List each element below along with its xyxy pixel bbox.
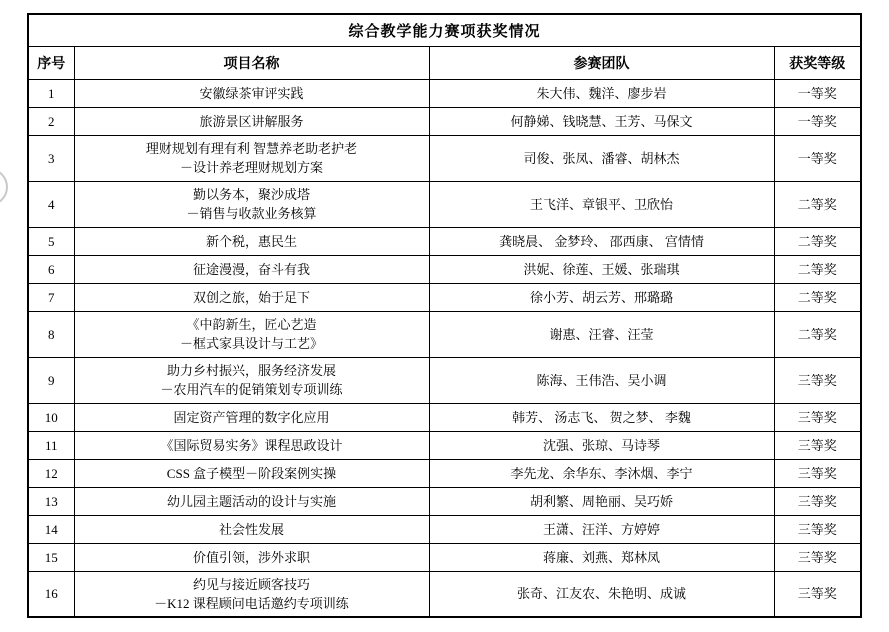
table-title-row: 综合教学能力赛项获奖情况 <box>28 14 861 46</box>
table-row: 13幼儿园主题活动的设计与实施胡利繁、周艳丽、吴巧娇三等奖 <box>28 487 861 515</box>
table-row: 5新个税，惠民生龚晓晨、 金梦玲、 邵西康、 宫情情二等奖 <box>28 227 861 255</box>
row-number-cell: 4 <box>28 181 74 227</box>
award-level-cell: 三等奖 <box>774 459 861 487</box>
project-name-line: 理财规划有理有利 智慧养老助老护老 <box>79 139 425 158</box>
project-name-line: －K12 课程顾问电话邀约专项训练 <box>79 594 425 613</box>
page-edge-arc <box>0 168 8 206</box>
project-name-line: －设计养老理财规划方案 <box>79 158 425 177</box>
project-name-line: CSS 盒子模型－阶段案例实操 <box>79 464 425 483</box>
team-cell: 王飞洋、章银平、卫欣怡 <box>429 181 774 227</box>
project-name-cell: 约见与接近顾客技巧－K12 课程顾问电话邀约专项训练 <box>74 571 429 617</box>
project-name-cell: 旅游景区讲解服务 <box>74 107 429 135</box>
project-name-cell: 固定资产管理的数字化应用 <box>74 403 429 431</box>
team-cell: 洪妮、徐莲、王媛、张瑞琪 <box>429 255 774 283</box>
table-row: 7双创之旅，始于足下徐小芳、胡云芳、邢璐璐二等奖 <box>28 283 861 311</box>
row-number-cell: 10 <box>28 403 74 431</box>
award-level-cell: 二等奖 <box>774 181 861 227</box>
project-name-cell: 理财规划有理有利 智慧养老助老护老－设计养老理财规划方案 <box>74 135 429 181</box>
team-cell: 朱大伟、魏洋、廖步岩 <box>429 79 774 107</box>
project-name-line: 约见与接近顾客技巧 <box>79 575 425 594</box>
row-number-cell: 9 <box>28 357 74 403</box>
award-level-cell: 一等奖 <box>774 79 861 107</box>
award-level-cell: 二等奖 <box>774 283 861 311</box>
award-level-cell: 三等奖 <box>774 487 861 515</box>
project-name-cell: CSS 盒子模型－阶段案例实操 <box>74 459 429 487</box>
table-row: 12CSS 盒子模型－阶段案例实操李先龙、余华东、李沐烟、李宁三等奖 <box>28 459 861 487</box>
row-number-cell: 11 <box>28 431 74 459</box>
table-row: 15价值引领，涉外求职蒋廉、刘燕、郑林凤三等奖 <box>28 543 861 571</box>
project-name-cell: 勤以务本，聚沙成塔－销售与收款业务核算 <box>74 181 429 227</box>
row-number-cell: 1 <box>28 79 74 107</box>
project-name-cell: 新个税，惠民生 <box>74 227 429 255</box>
row-number-cell: 7 <box>28 283 74 311</box>
table-row: 6征途漫漫，奋斗有我洪妮、徐莲、王媛、张瑞琪二等奖 <box>28 255 861 283</box>
project-name-line: 征途漫漫，奋斗有我 <box>79 260 425 279</box>
team-cell: 陈海、王伟浩、吴小调 <box>429 357 774 403</box>
project-name-cell: 安徽绿茶审评实践 <box>74 79 429 107</box>
row-number-cell: 15 <box>28 543 74 571</box>
project-name-cell: 幼儿园主题活动的设计与实施 <box>74 487 429 515</box>
award-table: 综合教学能力赛项获奖情况 序号 项目名称 参赛团队 获奖等级 1安徽绿茶审评实践… <box>27 13 862 618</box>
row-number-cell: 12 <box>28 459 74 487</box>
project-name-line: 固定资产管理的数字化应用 <box>79 408 425 427</box>
column-header-index: 序号 <box>28 46 74 79</box>
project-name-cell: 征途漫漫，奋斗有我 <box>74 255 429 283</box>
table-row: 8《中韵新生，匠心艺造－框式家具设计与工艺》谢惠、汪睿、汪莹二等奖 <box>28 311 861 357</box>
table-row: 2旅游景区讲解服务何静娣、钱晓慧、王芳、马保文一等奖 <box>28 107 861 135</box>
project-name-cell: 助力乡村振兴，服务经济发展－农用汽车的促销策划专项训练 <box>74 357 429 403</box>
row-number-cell: 13 <box>28 487 74 515</box>
team-cell: 徐小芳、胡云芳、邢璐璐 <box>429 283 774 311</box>
column-header-award: 获奖等级 <box>774 46 861 79</box>
column-header-team: 参赛团队 <box>429 46 774 79</box>
team-cell: 司俊、张凤、潘睿、胡林杰 <box>429 135 774 181</box>
project-name-line: 价值引领，涉外求职 <box>79 548 425 567</box>
project-name-line: －农用汽车的促销策划专项训练 <box>79 380 425 399</box>
team-cell: 龚晓晨、 金梦玲、 邵西康、 宫情情 <box>429 227 774 255</box>
award-level-cell: 三等奖 <box>774 543 861 571</box>
table-row: 14社会性发展王潇、汪洋、方婷婷三等奖 <box>28 515 861 543</box>
team-cell: 韩芳、 汤志飞、 贺之梦、 李魏 <box>429 403 774 431</box>
award-level-cell: 三等奖 <box>774 571 861 617</box>
row-number-cell: 8 <box>28 311 74 357</box>
project-name-line: 社会性发展 <box>79 520 425 539</box>
team-cell: 李先龙、余华东、李沐烟、李宁 <box>429 459 774 487</box>
table-row: 11《国际贸易实务》课程思政设计沈强、张琼、马诗琴三等奖 <box>28 431 861 459</box>
project-name-line: 双创之旅，始于足下 <box>79 288 425 307</box>
team-cell: 王潇、汪洋、方婷婷 <box>429 515 774 543</box>
project-name-line: －框式家具设计与工艺》 <box>79 334 425 353</box>
row-number-cell: 2 <box>28 107 74 135</box>
project-name-line: 旅游景区讲解服务 <box>79 112 425 131</box>
award-level-cell: 三等奖 <box>774 515 861 543</box>
row-number-cell: 14 <box>28 515 74 543</box>
project-name-line: 新个税，惠民生 <box>79 232 425 251</box>
project-name-cell: 价值引领，涉外求职 <box>74 543 429 571</box>
row-number-cell: 3 <box>28 135 74 181</box>
project-name-cell: 社会性发展 <box>74 515 429 543</box>
award-level-cell: 二等奖 <box>774 227 861 255</box>
team-cell: 蒋廉、刘燕、郑林凤 <box>429 543 774 571</box>
award-level-cell: 一等奖 <box>774 135 861 181</box>
project-name-cell: 《国际贸易实务》课程思政设计 <box>74 431 429 459</box>
team-cell: 沈强、张琼、马诗琴 <box>429 431 774 459</box>
table-row: 4勤以务本，聚沙成塔－销售与收款业务核算王飞洋、章银平、卫欣怡二等奖 <box>28 181 861 227</box>
team-cell: 胡利繁、周艳丽、吴巧娇 <box>429 487 774 515</box>
project-name-line: 安徽绿茶审评实践 <box>79 84 425 103</box>
project-name-cell: 双创之旅，始于足下 <box>74 283 429 311</box>
project-name-line: －销售与收款业务核算 <box>79 204 425 223</box>
table-row: 16约见与接近顾客技巧－K12 课程顾问电话邀约专项训练张奇、江友农、朱艳明、成… <box>28 571 861 617</box>
project-name-line: 《国际贸易实务》课程思政设计 <box>79 436 425 455</box>
team-cell: 张奇、江友农、朱艳明、成诚 <box>429 571 774 617</box>
table-row: 3理财规划有理有利 智慧养老助老护老－设计养老理财规划方案司俊、张凤、潘睿、胡林… <box>28 135 861 181</box>
project-name-line: 幼儿园主题活动的设计与实施 <box>79 492 425 511</box>
award-level-cell: 三等奖 <box>774 357 861 403</box>
award-level-cell: 二等奖 <box>774 311 861 357</box>
award-level-cell: 一等奖 <box>774 107 861 135</box>
table-row: 9助力乡村振兴，服务经济发展－农用汽车的促销策划专项训练陈海、王伟浩、吴小调三等… <box>28 357 861 403</box>
row-number-cell: 6 <box>28 255 74 283</box>
row-number-cell: 16 <box>28 571 74 617</box>
award-level-cell: 二等奖 <box>774 255 861 283</box>
team-cell: 何静娣、钱晓慧、王芳、马保文 <box>429 107 774 135</box>
award-level-cell: 三等奖 <box>774 403 861 431</box>
table-row: 1安徽绿茶审评实践朱大伟、魏洋、廖步岩一等奖 <box>28 79 861 107</box>
table-row: 10固定资产管理的数字化应用韩芳、 汤志飞、 贺之梦、 李魏三等奖 <box>28 403 861 431</box>
project-name-line: 《中韵新生，匠心艺造 <box>79 315 425 334</box>
award-table-body: 1安徽绿茶审评实践朱大伟、魏洋、廖步岩一等奖2旅游景区讲解服务何静娣、钱晓慧、王… <box>28 79 861 617</box>
table-title: 综合教学能力赛项获奖情况 <box>28 14 861 46</box>
row-number-cell: 5 <box>28 227 74 255</box>
project-name-line: 助力乡村振兴，服务经济发展 <box>79 361 425 380</box>
project-name-cell: 《中韵新生，匠心艺造－框式家具设计与工艺》 <box>74 311 429 357</box>
column-header-project: 项目名称 <box>74 46 429 79</box>
award-level-cell: 三等奖 <box>774 431 861 459</box>
project-name-line: 勤以务本，聚沙成塔 <box>79 185 425 204</box>
table-header-row: 序号 项目名称 参赛团队 获奖等级 <box>28 46 861 79</box>
team-cell: 谢惠、汪睿、汪莹 <box>429 311 774 357</box>
